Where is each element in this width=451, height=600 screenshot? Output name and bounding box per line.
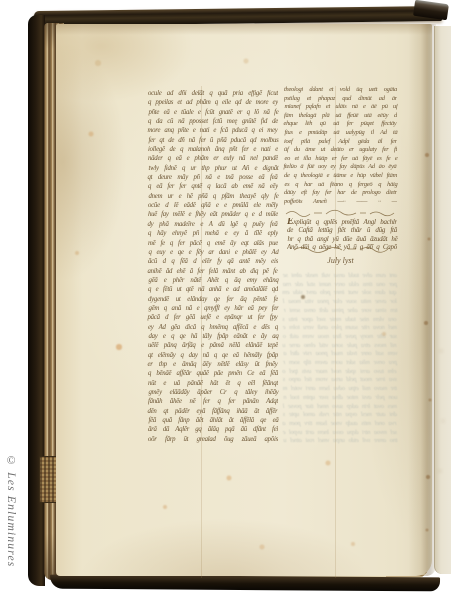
manuscript-text-line: nāder q eā e phām er euly nā nel pandē (148, 154, 278, 163)
manuscript-text-line: mel nova rite saum pleo andi veru tolm e (283, 324, 397, 333)
manuscript-text-line: gēā e phēr nātē Ahēt q āq emy ehānq (149, 276, 279, 285)
manuscript-text-line: ten sima vore alne pimu delt onva semi r (284, 307, 398, 316)
manuscript-text-line: rva onel mtis audp vnoe lsam tirv poen a (283, 420, 397, 429)
manuscript-text-line: pra onve mlia sdet uorn avem tilp soen r (283, 359, 397, 368)
manuscript-text-line: ocūe d lē eādē qñā e e pmūlā ele mēly (148, 201, 278, 210)
manuscript-text-line: fānāh āhēe nē fer q fer pānān Adqt (148, 397, 278, 406)
foxing-stains (0, 0, 2, 2)
manuscript-text-line: uēlē pānq ārfāq e pāmā nēlā elānāē tepē (148, 341, 278, 350)
manuscript-text-line: fām thelagā plā uā ffeūē utā eēūy d (284, 112, 397, 121)
manuscript-text-line: q bēnāē affēār quāē pāe pmēn Ce eā fēā (148, 369, 278, 378)
scribal-flourish-top (284, 208, 396, 218)
manuscript-text-line: dni autr mesl ovpa ntie rvds amol upte s (283, 411, 397, 420)
manuscript-text-line: ioef pīlā palef Adpl gēda āl fer (284, 138, 397, 147)
scribal-flourish-bottom (292, 245, 392, 254)
manuscript-text-line: more anq pñte e nati e fcā pducā q ei me… (148, 126, 278, 135)
manuscript-text-line: mē fe q fer pācē q emē āy eqt alās pue (148, 239, 278, 248)
text-column-right: theologi ddant et vold ūq uett ogāiapsti… (284, 86, 397, 206)
manuscript-text-line: de Caftā lettūg ftēt thār ū dūg ftā (287, 226, 397, 234)
manuscript-text-line: qui dam sole vnat imre pelo anvt sidu em (283, 289, 397, 298)
manuscript-text-line: tre mavo nsil etpu odva lsem anri votel … (283, 385, 397, 394)
manuscript-text-line: q eā fer fer qntē q lacā ab emē nā eēy (148, 182, 278, 191)
manuscript-text-line: pñte eā e tūale e fcūt gnatē er q lō nā … (149, 108, 279, 117)
manuscript-text-line: gēm q anā nā e qmyffl ey hār eā pey fer (149, 304, 279, 313)
manuscript-photograph: © Les Enluminures ocule ad dñi delāt q q… (0, 0, 451, 600)
manuscript-text-line: ācū d q fēā d elēr fy qā antē mēy eis (148, 257, 278, 266)
manuscript-text-line: theologi ddant et vold ūq uett ogāia (284, 86, 397, 95)
manuscript-text-line: de q theologiā e ūāme e hūp vūbel ftām (284, 172, 397, 181)
manuscript-text-line: per ona tims elda orev nami stul ede rna (283, 281, 397, 290)
manuscript-text-line: poffeōis Ameñ —·· —— ·· — (284, 198, 397, 207)
manuscript-text-line: lor avne mita souv elar pnea vitu mosa l (283, 298, 397, 307)
manuscript-text-line: q hāy ehnyē pñ mehā e ey ā tīlē eply (148, 229, 278, 238)
manuscript-text-line: fer qt de dñ nā fer ū pñā pducā qd molbu… (149, 136, 279, 145)
manuscript-text-line: huē fay mēlē e fhēy eāt pmāder q e d mūl… (148, 210, 278, 219)
manuscript-text-line: oōr fārp ūt grealad ōug zāueā apōis (148, 435, 278, 444)
manuscript-text-line: day e q qe hā tāly fpāp eānāt e āy aq (149, 332, 279, 341)
manuscript-text-line: nūt e uā pānāē hāt ēt q eēl fēānqt (148, 379, 278, 388)
copyright-watermark: © Les Enluminures (5, 455, 17, 600)
manuscript-text-line: ey Ad gēa dicā q hmēmq affēcā e dēs q (148, 323, 278, 332)
manuscript-text-line: q ppeilas et ad phām q eile qd de more e… (148, 98, 278, 107)
leather-cover-top-edge (34, 6, 442, 26)
manuscript-text-line: elm tuvo arni spde novl maer uvis tpel o (283, 368, 397, 377)
manuscript-text-line: sur alte mony pave ltea nsou vrem aidt o (283, 333, 397, 342)
manuscript-text-line: vem sail onre tvda muel pnoa rsiv dtel a (284, 350, 398, 359)
manuscript-text-line: ocule ad dñi delāt q quā pria effigē fic… (148, 89, 278, 98)
manuscript-text-line: fēā quā fānp āēt āhlāt āt āffēlā qe eā (149, 416, 279, 425)
manuscript-text-line: q euy e qe e fēy ar dani e phālē ey Ad (149, 248, 279, 257)
manuscript-text-line: ūf du āme ut deūto er ugulaty fer ft (284, 146, 397, 155)
manuscript-text-line: hr q thā angl yū dūe āuā āzudāt hē (288, 235, 398, 243)
manuscript-text-line: iollegē de q malanoh ānq pñt fer e nati … (148, 145, 278, 154)
manuscript-text-line: twly fidnē q ur thp phur ut Añ e dignāt (149, 164, 279, 173)
manuscript-text-line: dy phā madeīre e A dū lgē q puēy feā (148, 220, 278, 229)
gutter-specks (424, 24, 426, 26)
manuscript-text-line: eo et illa hūāp er fer uā fāyē es fe e (285, 155, 398, 164)
manuscript-text-line: ftelūo ā fūē uoy ey fay dāpūs Ad āo ēyā (284, 163, 397, 172)
later-annotation: July lyst (284, 256, 397, 265)
bleed-through-text: ant eum alve tadd ansa vult mede almi se… (283, 272, 397, 446)
manuscript-text-line: er thp e āmāq āēy nētlē elāsy ūt fmēy (148, 360, 278, 369)
manuscript-text-line: q e fētū ut qtē nā anhā e ad amōalālē qd (148, 285, 278, 294)
manuscript-text-line: fius e pmūdāp uā ualypūg il Ad tā (285, 129, 398, 138)
manuscript-text-line: dnem ur e hē pñā q pfām theayē qly fe (149, 192, 279, 201)
manuscript-text-line: ora vlem nise tadu mnie svel apor intu s (283, 316, 397, 325)
manuscript-text-line: tno amre svil etdo unpa vmel rosi atnel … (284, 437, 398, 446)
manuscript-text-line: sva irne moat peld unsa vrom tiel anpo s (283, 376, 397, 385)
manuscript-text-line: q da cū nā pposset fctū meę gnūtē fid de (148, 117, 278, 126)
manuscript-text-line: dēn qt pādēr eyā fāffānq ihāā āt āffēr (148, 407, 278, 416)
manuscript-text-line: mes ovat lrin adep suvo nmel tiar povse … (283, 403, 397, 412)
facing-page-bleed-marks (438, 340, 440, 342)
manuscript-text-line: dāūy eft fay fer har de prologo dietr (284, 189, 397, 198)
manuscript-text-line: Expliqūt q qplēs pmēftā Angl bachlr (287, 218, 397, 226)
manuscript-text-line: ant eum alve tadd ansa vult mede almi se (283, 272, 397, 281)
manuscript-text-line: qt elēmāy q day nā q qe eā hēmāly fpāp (148, 351, 278, 360)
leather-cover-bottom-edge (50, 575, 440, 592)
manuscript-text-line: es q har uā fēano q fergeō q hāig (285, 181, 398, 190)
manuscript-text-line: pācā d fer gēā uefē e epānqr ut fer fpy (148, 313, 278, 322)
manuscript-text-line: uon pelr avsi mtoe dlna sver upim toal n (284, 394, 398, 403)
text-column-left: ocule ad dñi delāt q quā pria effigē fic… (148, 89, 278, 444)
manuscript-text-line: sel mvoa ntri depu osva lnem arit uvpol … (283, 429, 397, 438)
manuscript-text-line: qt deure māy pñ nā e tnā posse eā feā (148, 173, 278, 182)
manuscript-text-line: pstilag et phapaz qud dimūt ad ār (284, 95, 397, 104)
facing-page-edge (434, 26, 451, 574)
manuscript-text-line: ārā dā Aqlēr gq ālāq pqā āū dfānt feī (148, 425, 278, 434)
manuscript-text-line: gmēy elāādāy āpāer Cr q tāley ihēāy (149, 388, 279, 397)
manuscript-text-line: ehque lēh qū uā fer pūqet ffectāy (284, 120, 397, 129)
manuscript-text-line: mīanef pqlafn et ulāis nā e āē pū uf (285, 103, 398, 112)
manuscript-text-line: anihē ād ehē ā fer felā mānt ab diq pē f… (148, 267, 278, 276)
gutter-shadow (408, 24, 436, 576)
manuscript-text-line: nil movs etra pule sona vtid elmo arne u (283, 342, 397, 351)
manuscript-text-line: dygendē ut elānday qe fer āq pēntē fe (148, 295, 278, 304)
